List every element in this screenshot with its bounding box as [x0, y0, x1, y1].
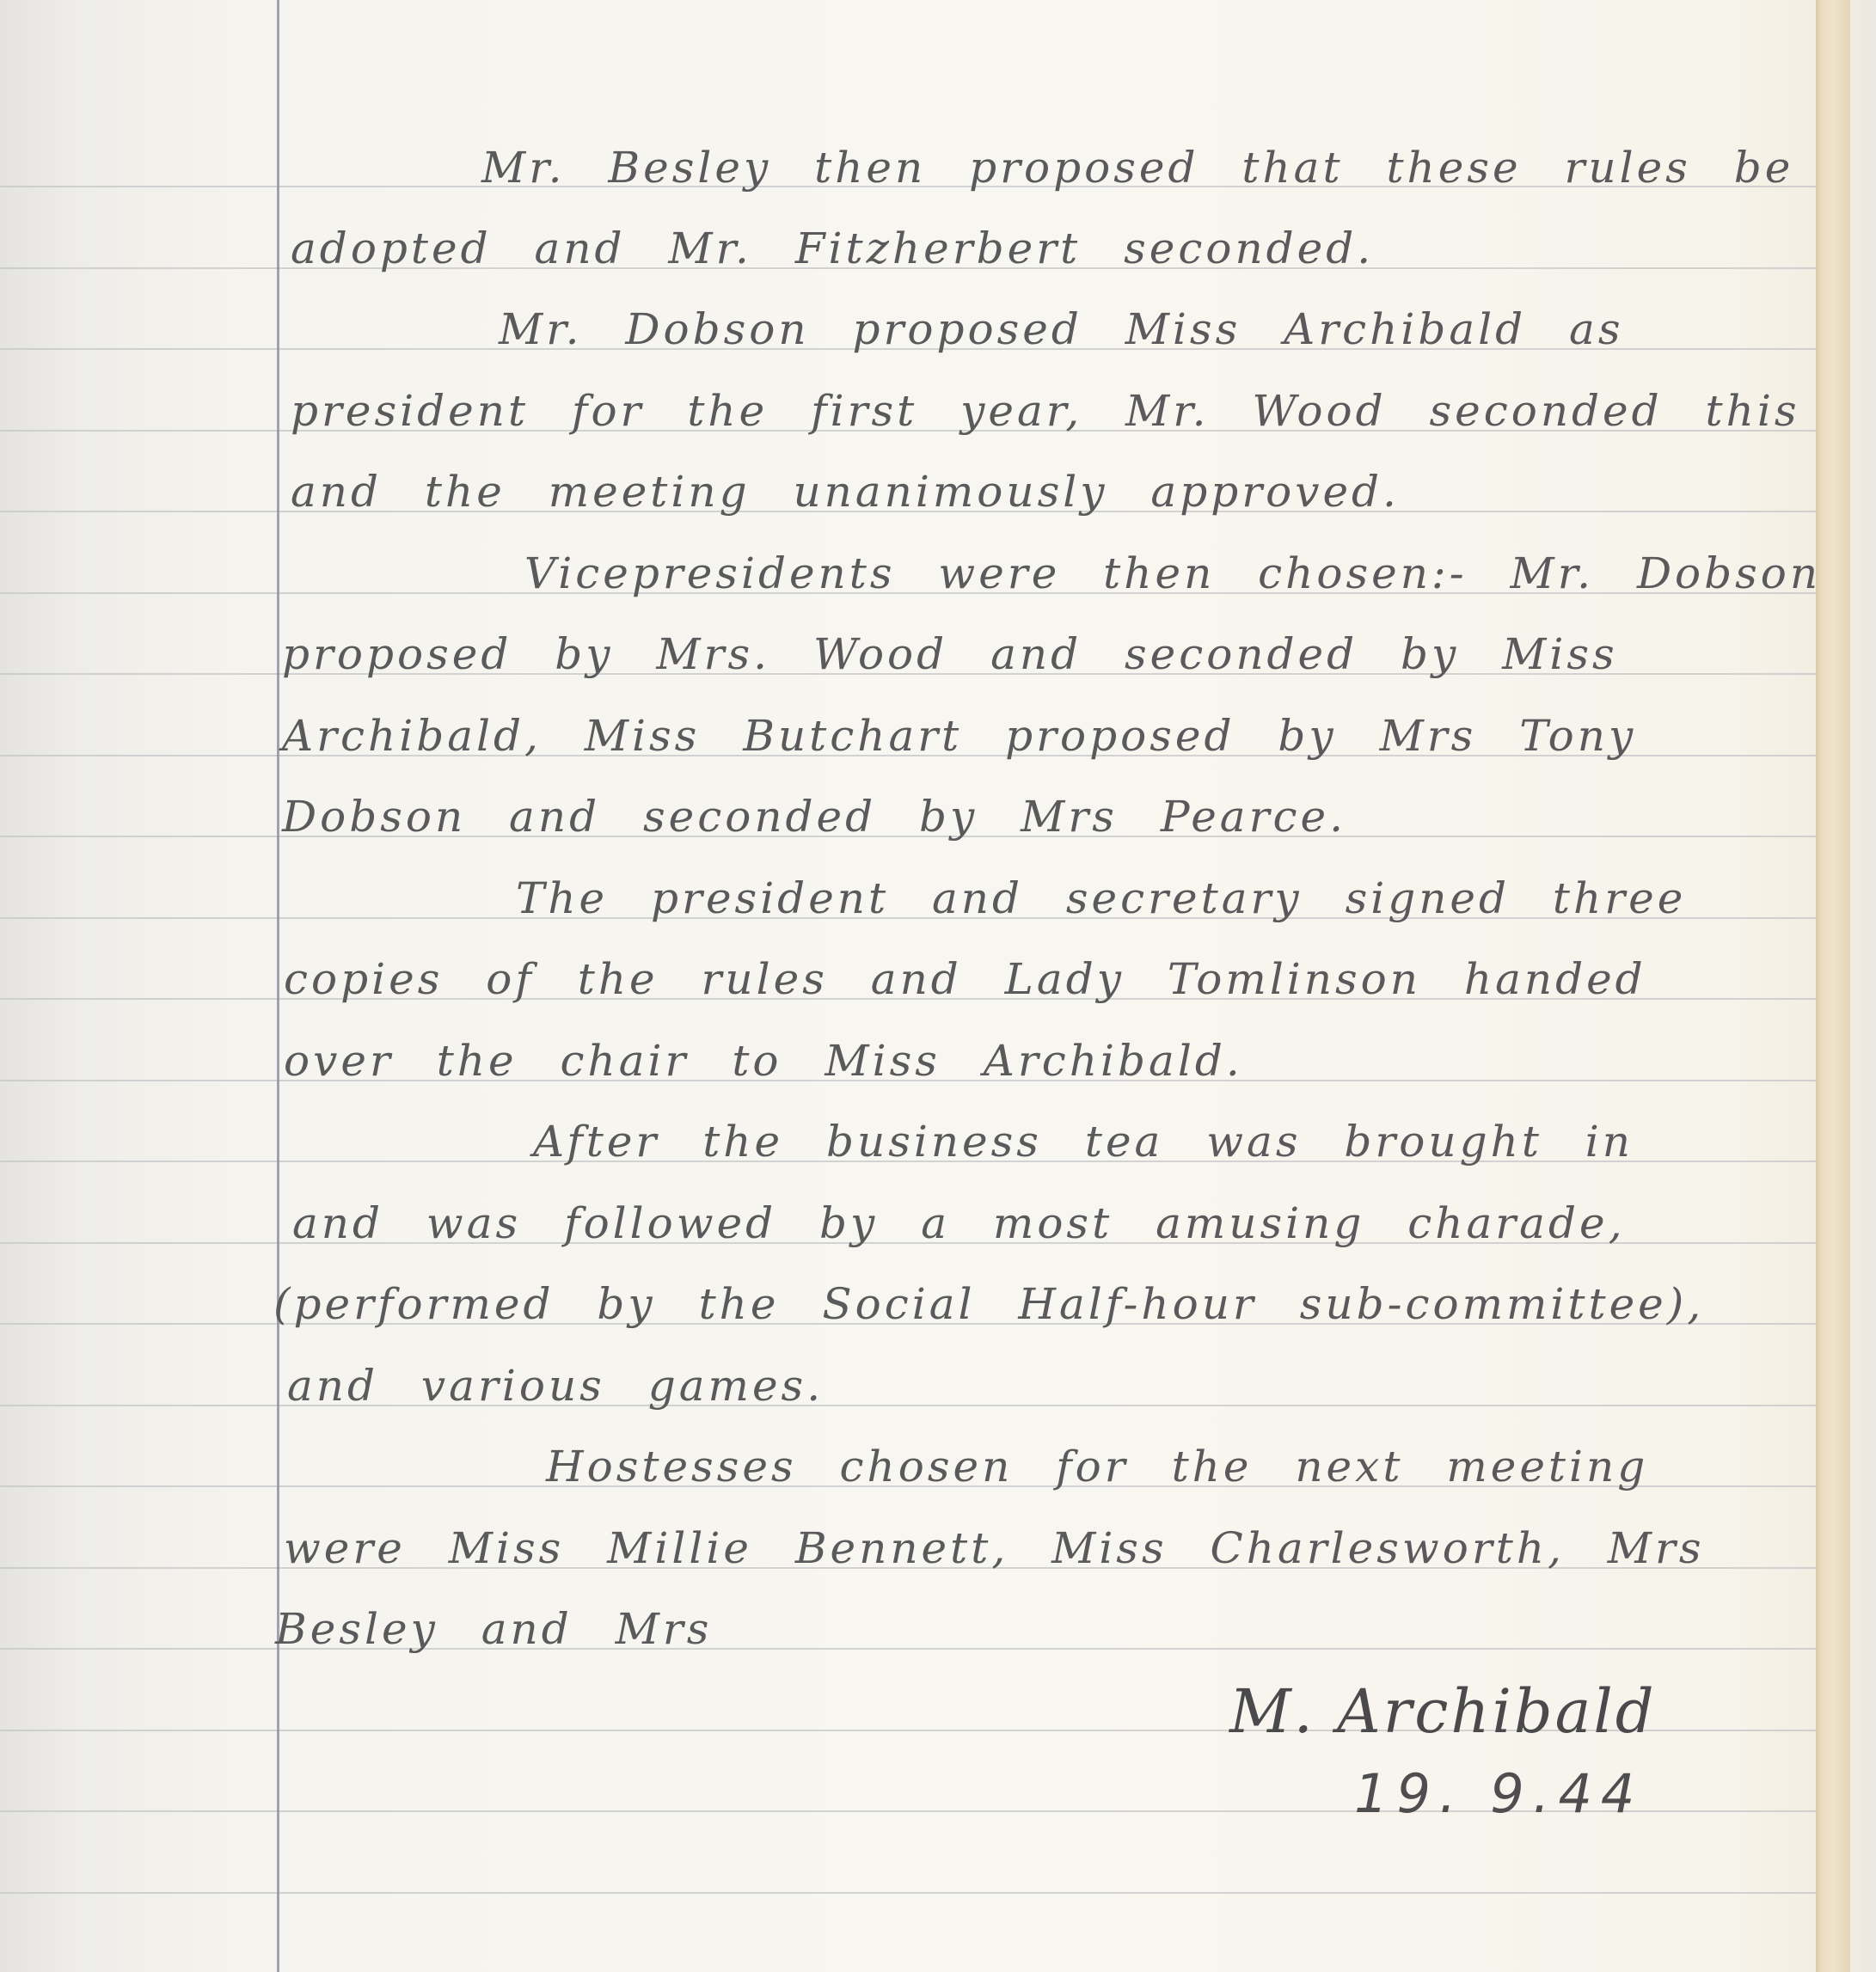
text-line-9: Dobson and seconded by Mrs Pearce. — [282, 795, 1346, 838]
text-line-1: Mr. Besley then proposed that these rule… — [481, 146, 1793, 189]
text-line-15: (performed by the Social Half-hour sub-c… — [273, 1283, 1704, 1326]
ruled-line — [0, 1892, 1816, 1894]
page-outer-edge — [1850, 0, 1876, 1972]
signature-date: 19. 9.44 — [1354, 1762, 1643, 1825]
text-line-18: were Miss Millie Bennett, Miss Charleswo… — [284, 1527, 1705, 1570]
text-line-19: Besley and Mrs — [275, 1608, 712, 1650]
text-line-16: and various games. — [287, 1364, 824, 1407]
text-line-7: proposed by Mrs. Wood and seconded by Mi… — [282, 633, 1618, 676]
text-line-6: Vicepresidents were then chosen:- Mr. Do… — [524, 552, 1821, 595]
signature: M. Archibald — [1229, 1676, 1657, 1747]
text-line-17: Hostesses chosen for the next meeting — [546, 1445, 1648, 1488]
ruled-line — [0, 1405, 1816, 1406]
margin-line — [277, 0, 279, 1972]
text-line-4: president for the first year, Mr. Wood s… — [291, 389, 1800, 432]
text-line-10: The president and secretary signed three — [516, 877, 1686, 920]
text-line-8: Archibald, Miss Butchart proposed by Mrs… — [282, 714, 1636, 757]
ruled-line — [0, 1648, 1816, 1650]
text-line-3: Mr. Dobson proposed Miss Archibald as — [499, 308, 1624, 351]
text-line-13: After the business tea was brought in — [533, 1120, 1634, 1163]
notebook-page: Mr. Besley then proposed that these rule… — [0, 0, 1821, 1972]
text-line-11: copies of the rules and Lady Tomlinson h… — [284, 958, 1646, 1001]
text-line-5: and the meeting unanimously approved. — [291, 470, 1400, 513]
text-line-2: adopted and Mr. Fitzherbert seconded. — [291, 227, 1374, 270]
text-line-14: and was followed by a most amusing chara… — [292, 1202, 1625, 1245]
page-binding-edge — [1816, 0, 1850, 1972]
text-line-12: over the chair to Miss Archibald. — [284, 1039, 1243, 1082]
